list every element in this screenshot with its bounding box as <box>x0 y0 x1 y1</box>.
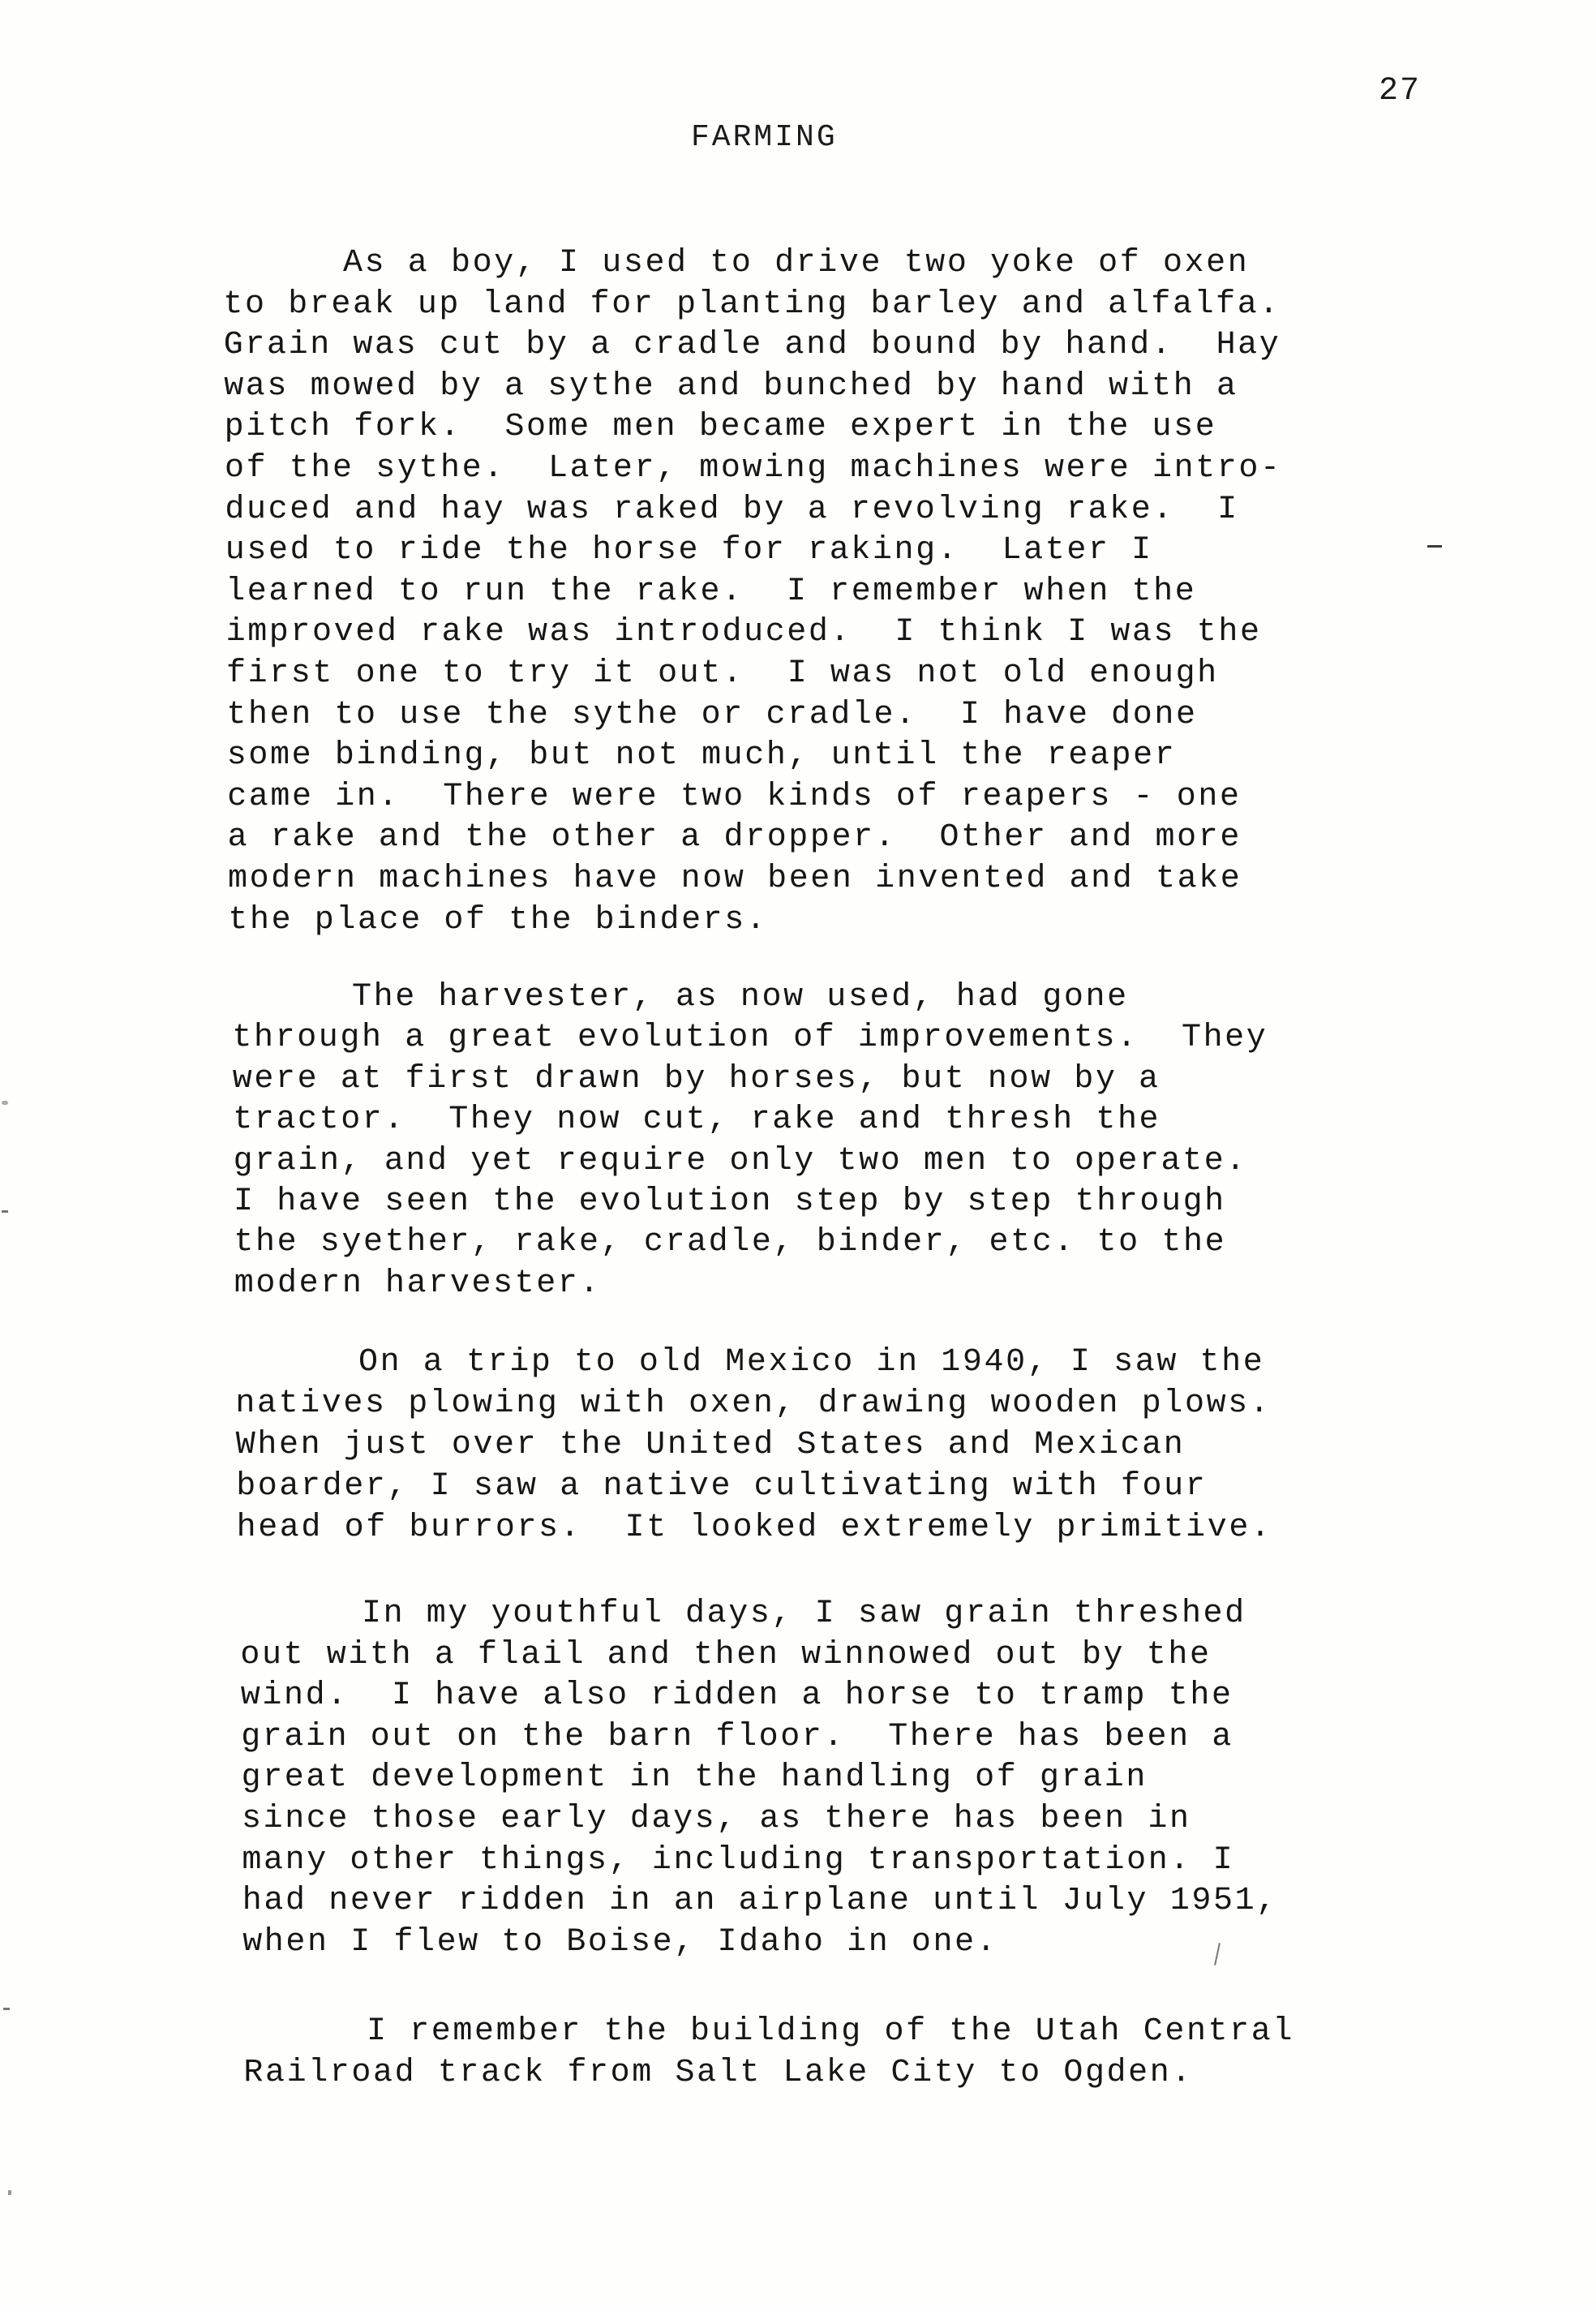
text-line: pitch fork. Some men became expert in th… <box>225 411 1217 444</box>
text-line: were at first drawn by horses, but now b… <box>233 1063 1161 1096</box>
text-line: of the sythe. Later, mowing machines wer… <box>225 453 1282 485</box>
text-line: As a boy, I used to drive two yoke of ox… <box>343 247 1249 280</box>
text-line: I remember the building of the Utah Cent… <box>367 2016 1294 2048</box>
text-line: to break up land for planting barley and… <box>223 289 1281 321</box>
text-line: when I flew to Boise, Idaho in one. <box>242 1927 998 1959</box>
text-line: out with a flail and then winnowed out b… <box>240 1639 1211 1672</box>
text-line: wind. I have also ridden a horse to tram… <box>241 1680 1233 1712</box>
text-line: learned to run the rake. I remember when… <box>225 576 1196 608</box>
text-line: In my youthful days, I saw grain threshe… <box>362 1598 1246 1630</box>
text-line: came in. There were two kinds of reapers… <box>227 781 1241 814</box>
text-line: boarder, I saw a native cultivating with… <box>236 1471 1207 1503</box>
text-line: tractor. They now cut, rake and thresh t… <box>233 1104 1161 1136</box>
text-line: grain, and yet require only two men to o… <box>234 1145 1247 1178</box>
text-line: The harvester, as now used, had gone <box>352 982 1129 1014</box>
scan-mark <box>8 2190 11 2195</box>
text-line: improved rake was introduced. I think I … <box>226 616 1262 649</box>
text-line: grain out on the barn floor. There has b… <box>241 1721 1233 1754</box>
text-line: the place of the binders. <box>228 904 767 937</box>
text-line: On a trip to old Mexico in 1940, I saw t… <box>358 1347 1264 1379</box>
scan-mark <box>2 1101 8 1105</box>
page-number: 27 <box>1379 73 1421 110</box>
text-line: was mowed by a sythe and bunched by hand… <box>224 371 1238 403</box>
text-line: many other things, including transportat… <box>242 1845 1234 1877</box>
scan-mark <box>3 2008 10 2010</box>
text-line: some binding, but not much, until the re… <box>227 740 1177 772</box>
text-line: then to use the sythe or cradle. I have … <box>226 699 1197 732</box>
text-line: When just over the United States and Mex… <box>236 1429 1186 1462</box>
text-line: had never ridden in an airplane until Ju… <box>242 1885 1278 1918</box>
text-line: duced and hay was raked by a revolving r… <box>225 494 1238 526</box>
text-line: great development in the handling of gra… <box>242 1762 1148 1794</box>
text-line: used to ride the horse for raking. Later… <box>225 535 1153 567</box>
page-title: FARMING <box>691 120 838 155</box>
text-line: Railroad track from Salt Lake City to Og… <box>243 2057 1193 2090</box>
document-page: 27 FARMING As a boy, I used to drive two… <box>0 0 1596 2307</box>
text-line: since those early days, as there has bee… <box>242 1803 1191 1836</box>
text-line: a rake and the other a dropper. Other an… <box>228 822 1242 854</box>
text-line: modern machines have now been invented a… <box>228 863 1242 896</box>
scan-mark <box>1427 545 1442 548</box>
text-line: head of burrors. It looked extremely pri… <box>237 1512 1272 1544</box>
text-line: natives plowing with oxen, drawing woode… <box>235 1388 1271 1420</box>
text-line: Grain was cut by a cradle and bound by h… <box>224 329 1281 362</box>
text-line: first one to try it out. I was not old e… <box>226 658 1219 690</box>
scan-mark <box>2 1210 8 1213</box>
scan-mark <box>1214 1943 1221 1965</box>
text-line: I have seen the evolution step by step t… <box>234 1186 1226 1218</box>
text-line: through a great evolution of improvement… <box>232 1022 1268 1055</box>
text-line: the syether, rake, cradle, binder, etc. … <box>234 1227 1226 1259</box>
text-line: modern harvester. <box>234 1268 601 1300</box>
